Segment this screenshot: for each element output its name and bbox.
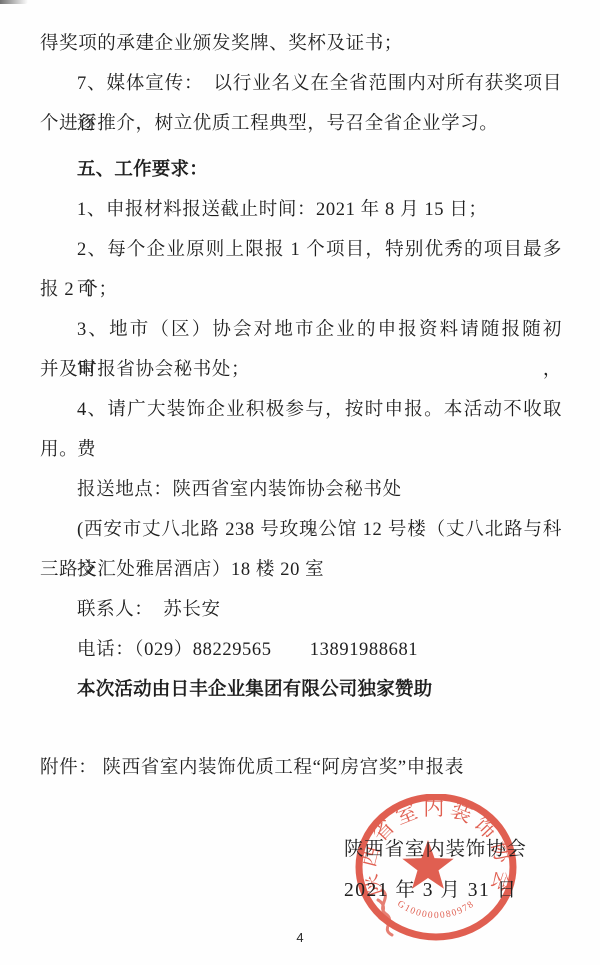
contact-phone-line: 电话：（029）88229565 13891988681 [40, 630, 562, 670]
paragraph-line: 7、媒体宣传： 以行业名义在全省范围内对所有获奖项目逐 [40, 64, 562, 104]
paragraph-line: 1、申报材料报送截止时间：2021 年 8 月 15 日； [40, 190, 562, 230]
paragraph-line: 2、每个企业原则上限报 1 个项目，特别优秀的项目最多可 [40, 230, 562, 270]
signature-organization: 陕西省室内装饰协会 [344, 833, 527, 861]
document-body: 得奖项的承建企业颁发奖牌、奖杯及证书； 7、媒体宣传： 以行业名义在全省范围内对… [40, 24, 562, 788]
paragraph-line: 4、请广大装饰企业积极参与，按时申报。本活动不收取费 [40, 390, 562, 430]
page-number: 4 [0, 930, 600, 945]
document-page: 得奖项的承建企业颁发奖牌、奖杯及证书； 7、媒体宣传： 以行业名义在全省范围内对… [0, 0, 600, 965]
sponsor-line: 本次活动由日丰企业集团有限公司独家赞助 [40, 670, 562, 710]
paragraph-line: 个进行推介，树立优质工程典型，号召全省企业学习。 [40, 104, 562, 144]
paragraph-line: 3、地市（区）协会对地市企业的申报资料请随报随初审， [40, 310, 562, 350]
paragraph-line: 报 2 个； [40, 270, 562, 310]
contact-person-line: 联系人： 苏长安 [40, 590, 562, 630]
scan-artifact-smudge [0, 0, 28, 4]
signature-date: 2021 年 3 月 31 日 [344, 874, 518, 902]
paragraph-line: 得奖项的承建企业颁发奖牌、奖杯及证书； [40, 24, 562, 64]
paragraph-line: (西安市丈八北路 238 号玫瑰公馆 12 号楼（丈八北路与科技 [40, 510, 562, 550]
seal-serial-number: G100000080978 [395, 899, 476, 921]
paragraph-line: 用。 [40, 430, 562, 470]
official-seal-stamp: 陕西省室内装饰协会 G100000080978 [354, 794, 520, 944]
paragraph-line: 三路交汇处雅居酒店）18 楼 20 室 [40, 550, 562, 590]
attachment-line: 附件： 陕西省室内装饰优质工程“阿房宫奖”申报表 [40, 748, 562, 788]
seal-serial-text-path: G100000080978 [395, 899, 476, 921]
paragraph-line: 报送地点：陕西省室内装饰协会秘书处 [40, 470, 562, 510]
section-heading: 五、工作要求： [40, 150, 562, 190]
